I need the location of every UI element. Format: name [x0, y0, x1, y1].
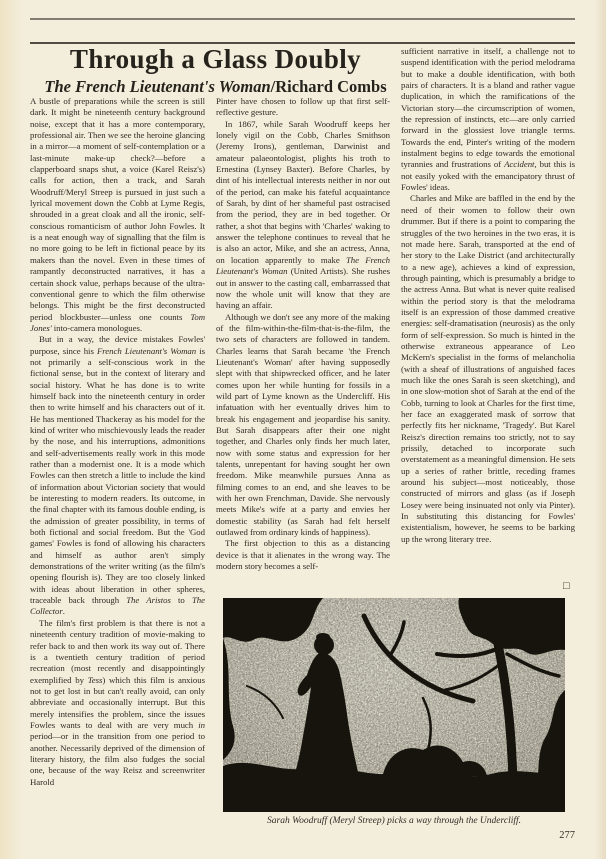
text-run: sufficient narrative in itself, a challe… — [401, 46, 575, 169]
top-rule — [30, 18, 575, 20]
page-right-edge — [594, 0, 606, 859]
paragraph: sufficient narrative in itself, a challe… — [401, 46, 575, 193]
photo-caption: Sarah Woodruff (Meryl Streep) picks a wa… — [223, 816, 565, 826]
text-run: Pinter have chosen to follow up that fir… — [216, 96, 390, 117]
text-run: period—or in the transition from one per… — [30, 731, 205, 786]
text-run: into-camera monologues. — [52, 323, 142, 333]
text-run: Charles and Mike are baffled in the end … — [401, 193, 575, 543]
paragraph: The first objection to this as a distanc… — [216, 538, 390, 572]
text-column-2: Pinter have chosen to follow up that fir… — [216, 96, 390, 598]
paragraph: But in a way, the device mistakes Fowles… — [30, 334, 205, 618]
paragraph: Charles and Mike are baffled in the end … — [401, 193, 575, 545]
film-title: The French Lieutenant's Woman — [44, 77, 270, 96]
italic-text-run: Accident — [504, 159, 534, 169]
film-still-image — [223, 598, 565, 812]
end-of-article-mark: □ — [563, 581, 570, 592]
text-column-1: A bustle of preparations while the scree… — [30, 96, 205, 788]
article-title: Through a Glass Doubly — [30, 44, 401, 75]
paragraph: Pinter have chosen to follow up that fir… — [216, 96, 390, 119]
text-run: is not primarily a self-conscious work i… — [30, 346, 205, 606]
page-number: 277 — [401, 830, 575, 841]
page-left-edge — [0, 0, 24, 859]
italic-text-run: The Aristos — [126, 595, 171, 605]
text-run: A bustle of preparations while the scree… — [30, 96, 205, 322]
paragraph: In 1867, while Sarah Woodruff keeps her … — [216, 119, 390, 312]
paragraph: The film's first problem is that there i… — [30, 618, 205, 788]
text-column-3: sufficient narrative in itself, a challe… — [401, 46, 575, 596]
review-author: /Richard Combs — [271, 77, 387, 96]
paragraph: A bustle of preparations while the scree… — [30, 96, 205, 334]
text-run: Although we don't see any more of the ma… — [216, 312, 390, 538]
paragraph: Although we don't see any more of the ma… — [216, 312, 390, 539]
magazine-page: Through a Glass Doubly The French Lieute… — [0, 0, 606, 859]
article-subtitle: The French Lieutenant's Woman/Richard Co… — [30, 77, 401, 97]
italic-text-run: French Lieutenant's Woman — [97, 346, 196, 356]
text-run: . — [63, 606, 65, 616]
italic-text-run: Tess — [88, 675, 103, 685]
text-run: In 1867, while Sarah Woodruff keeps her … — [216, 119, 390, 265]
text-run: The first objection to this as a distanc… — [216, 538, 390, 571]
film-still — [223, 598, 565, 812]
italic-text-run: in — [198, 720, 205, 730]
text-run: to — [171, 595, 192, 605]
